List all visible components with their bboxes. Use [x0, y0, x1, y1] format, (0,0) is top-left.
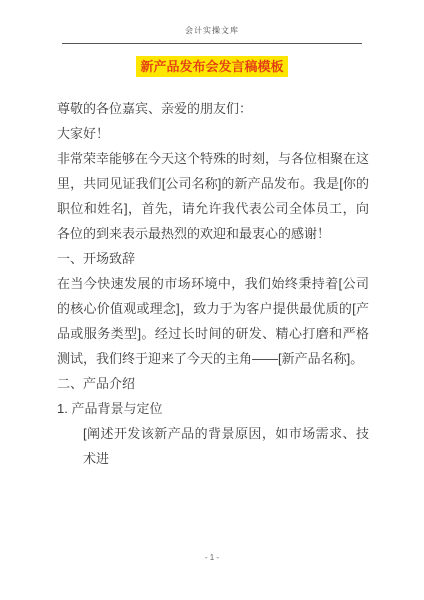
subsection-heading: 1. 产品背景与定位	[57, 396, 369, 421]
header-watermark: 会计实操文库	[185, 26, 239, 35]
salutation-line: 尊敬的各位嘉宾、亲爱的朋友们：	[57, 96, 369, 121]
document-header: 会计实操文库	[62, 26, 362, 44]
document-title: 新产品发布会发言稿模板	[136, 56, 287, 77]
page-number: - 1 -	[205, 553, 219, 562]
page-footer: - 1 -	[0, 553, 424, 563]
section-heading-1: 一、开场致辞	[57, 246, 369, 271]
section-heading-2: 二、产品介绍	[57, 371, 369, 396]
title-row: 新产品发布会发言稿模板	[0, 56, 424, 77]
document-body: 尊敬的各位嘉宾、亲爱的朋友们： 大家好！ 非常荣幸能够在今天这个特殊的时刻，与各…	[57, 96, 369, 471]
section-1-paragraph: 在当今快速发展的市场环境中，我们始终秉持着[公司的核心价值观或理念]，致力于为客…	[57, 271, 369, 371]
intro-paragraph: 非常荣幸能够在今天这个特殊的时刻，与各位相聚在这里，共同见证我们[公司名称]的新…	[57, 146, 369, 246]
subsection-paragraph: [阐述开发该新产品的背景原因，如市场需求、技术进	[57, 421, 369, 471]
document-page: 会计实操文库 新产品发布会发言稿模板 尊敬的各位嘉宾、亲爱的朋友们： 大家好！ …	[0, 0, 424, 600]
greeting-line: 大家好！	[57, 121, 369, 146]
